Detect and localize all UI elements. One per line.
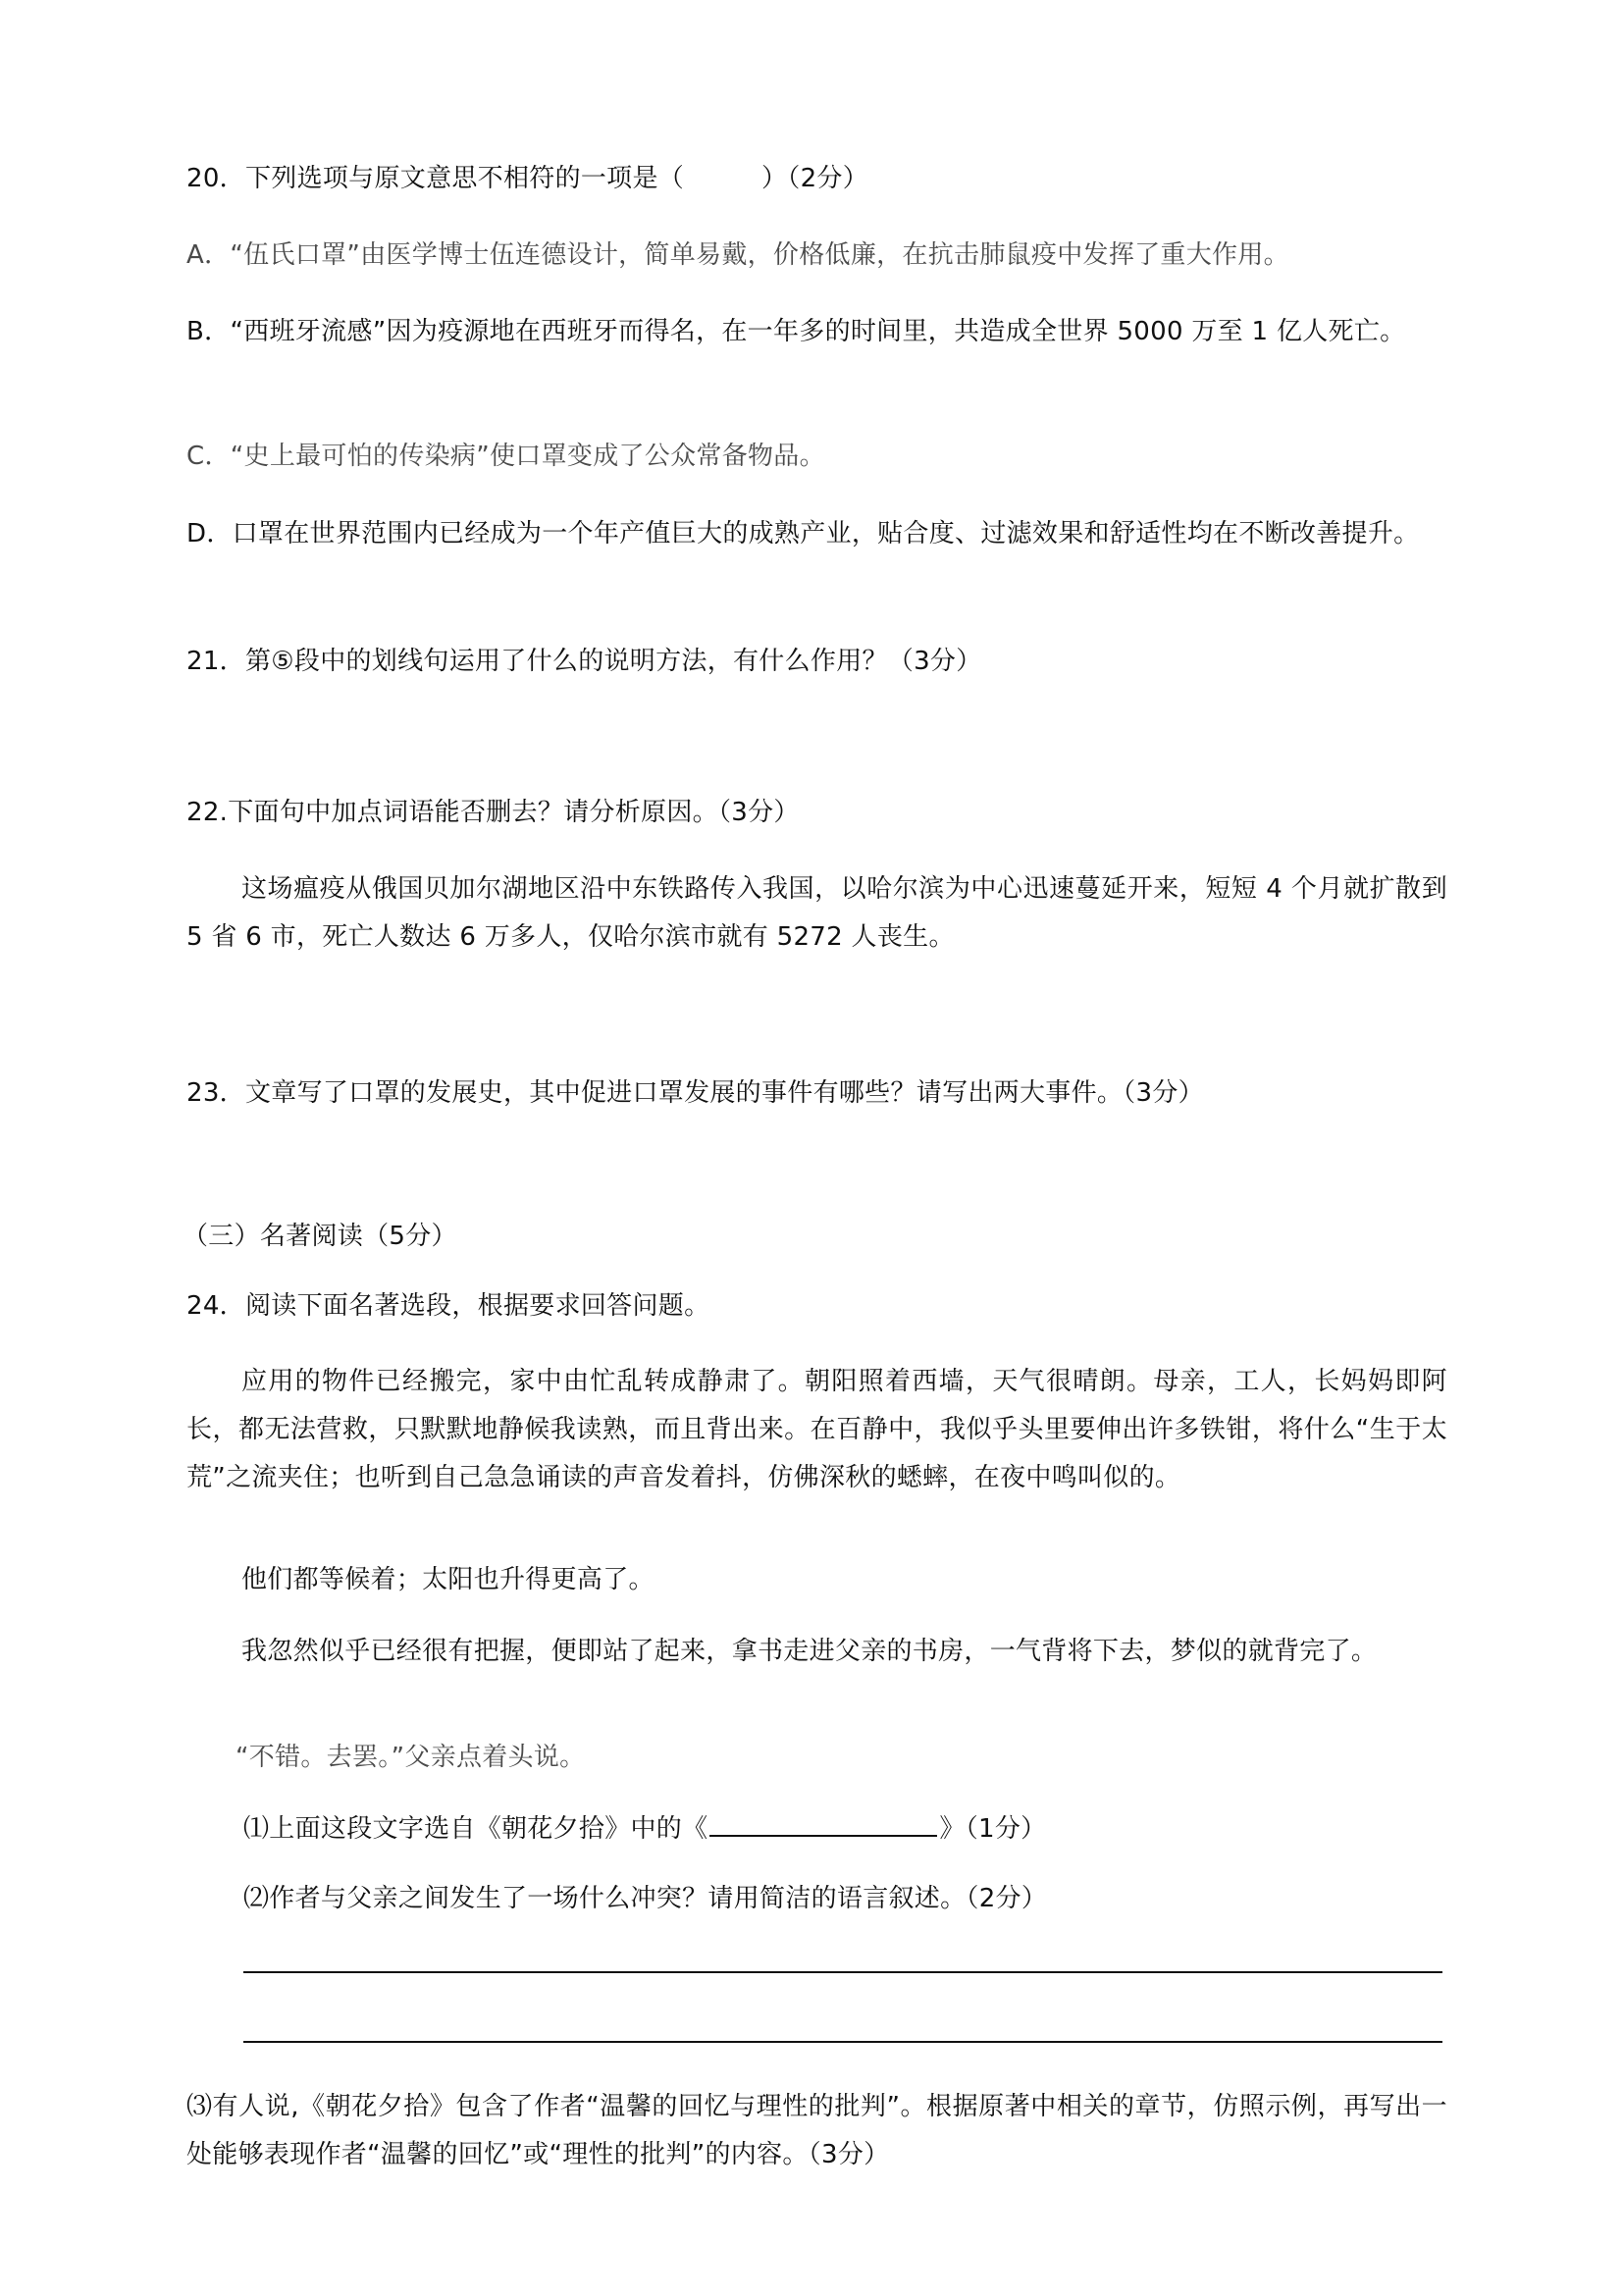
answer-line-2[interactable] (243, 2041, 1442, 2043)
option-text: “史上最可怕的传染病”使口罩变成了公众常备物品。 (231, 442, 825, 471)
question-22-passage: 这场瘟疫从俄国贝加尔湖地区沿中东铁路传入我国，以哈尔滨为中心迅速蔓延开来，短短 … (186, 865, 1447, 962)
option-label: C． (186, 442, 231, 471)
exam-page: 20．下列选项与原文意思不相符的一项是（ ）（2分） A．“伍氏口罩”由医学博士… (0, 0, 1623, 2296)
question-20-stem: 20．下列选项与原文意思不相符的一项是（ ）（2分） (186, 155, 1447, 202)
section-heading: （三）名著阅读（5分） (183, 1213, 1443, 1260)
sub-question-3: ⑶有人说,《朝花夕拾》包含了作者“温馨的回忆与理性的批判”。根据原著中相关的章节… (186, 2083, 1447, 2179)
answer-blank-chapter[interactable] (709, 1813, 937, 1837)
question-22-stem: 22.下面句中加点词语能否删去？请分析原因。（3分） (186, 789, 1447, 836)
sub-question-2: ⑵作者与父亲之间发生了一场什么冲突？请用简洁的语言叙述。（2分） (243, 1875, 1504, 1922)
question-23-stem: 23．文章写了口罩的发展史，其中促进口罩发展的事件有哪些？请写出两大事件。（3分… (186, 1070, 1447, 1117)
sub-question-1-prefix: ⑴上面这段文字选自《朝花夕拾》中的《 (243, 1814, 707, 1844)
excerpt-paragraph-4: “不错。去罢。”父亲点着头说。 (236, 1734, 1496, 1781)
sub-question-1-suffix: 》（1分） (939, 1814, 1046, 1844)
q20-option-d: D．口罩在世界范围内已经成为一个年产值巨大的成熟产业，贴合度、过滤效果和舒适性均… (186, 510, 1447, 558)
option-label: A． (186, 240, 230, 270)
answer-line-1[interactable] (243, 1971, 1442, 1973)
option-text: “伍氏口罩”由医学博士伍连德设计，简单易戴，价格低廉，在抗击肺鼠疫中发挥了重大作… (230, 240, 1289, 270)
q20-option-b: B．“西班牙流感”因为疫源地在西班牙而得名，在一年多的时间里，共造成全世界 50… (186, 308, 1447, 356)
excerpt-paragraph-1: 应用的物件已经搬完，家中由忙乱转成静肃了。朝阳照着西墙，天气很晴朗。母亲，工人，… (186, 1358, 1447, 1502)
excerpt-paragraph-3: 我忽然似乎已经很有把握，便即站了起来，拿书走进父亲的书房，一气背将下去，梦似的就… (186, 1628, 1447, 1676)
option-label: B． (186, 317, 230, 346)
option-text: “西班牙流感”因为疫源地在西班牙而得名，在一年多的时间里，共造成全世界 5000… (230, 317, 1405, 346)
sub-question-1: ⑴上面这段文字选自《朝花夕拾》中的《》（1分） (243, 1805, 1504, 1852)
question-24-stem: 24．阅读下面名著选段，根据要求回答问题。 (186, 1282, 1447, 1330)
question-21-stem: 21．第⑤段中的划线句运用了什么的说明方法，有什么作用？（3分） (186, 638, 1447, 685)
option-text: 口罩在世界范围内已经成为一个年产值巨大的成熟产业，贴合度、过滤效果和舒适性均在不… (233, 519, 1420, 548)
excerpt-paragraph-2: 他们都等候着；太阳也升得更高了。 (186, 1556, 1447, 1604)
option-label: D． (186, 519, 233, 548)
q20-option-c: C．“史上最可怕的传染病”使口罩变成了公众常备物品。 (186, 433, 1447, 481)
q20-option-a: A．“伍氏口罩”由医学博士伍连德设计，简单易戴，价格低廉，在抗击肺鼠疫中发挥了重… (186, 232, 1447, 280)
